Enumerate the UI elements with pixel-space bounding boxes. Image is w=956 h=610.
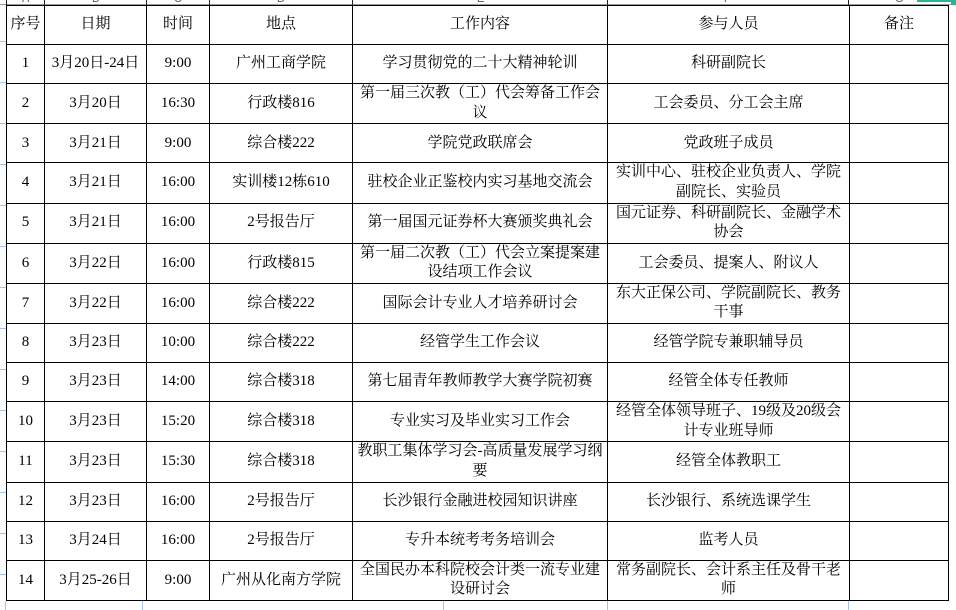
cell-location[interactable]: 2号报告厅 bbox=[210, 203, 353, 243]
spreadsheet-view: A B C D E F G bbox=[0, 0, 956, 610]
cell-participants[interactable]: 工会委员、分工会主席 bbox=[608, 84, 850, 124]
header-no[interactable]: 序号 bbox=[7, 6, 45, 45]
cell-participants[interactable]: 实训中心、驻校企业负责人、学院副院长、实验员 bbox=[608, 163, 850, 203]
cell-time[interactable]: 15:20 bbox=[147, 402, 210, 442]
cell-no[interactable]: 1 bbox=[7, 45, 45, 84]
cell-date[interactable]: 3月23日 bbox=[45, 442, 147, 482]
cell-date[interactable]: 3月23日 bbox=[45, 482, 147, 521]
cell-content[interactable]: 国际会计专业人才培养研讨会 bbox=[353, 283, 608, 323]
cell-no[interactable]: 3 bbox=[7, 124, 45, 163]
cell-no[interactable]: 12 bbox=[7, 482, 45, 521]
cell-time[interactable]: 16:00 bbox=[147, 283, 210, 323]
cell-location[interactable]: 行政楼815 bbox=[210, 243, 353, 283]
cell-content[interactable]: 学院党政联席会 bbox=[353, 124, 608, 163]
cell-content[interactable]: 教职工集体学习会-高质量发展学习纲要 bbox=[353, 442, 608, 482]
header-content[interactable]: 工作内容 bbox=[353, 6, 608, 45]
cell-time[interactable]: 15:30 bbox=[147, 442, 210, 482]
cell-date[interactable]: 3月20日-24日 bbox=[45, 45, 147, 84]
cell-location[interactable]: 行政楼816 bbox=[210, 84, 353, 124]
cell-participants[interactable]: 经管全体领导班子、19级及20级会计专业班导师 bbox=[608, 402, 850, 442]
header-note[interactable]: 备注 bbox=[850, 6, 949, 45]
table-row: 7 3月22日 16:00 综合楼222 国际会计专业人才培养研讨会 东大正保公… bbox=[7, 283, 949, 323]
cell-time[interactable]: 16:00 bbox=[147, 482, 210, 521]
cell-no[interactable]: 13 bbox=[7, 521, 45, 560]
cell-content[interactable]: 第一届三次教（工）代会筹备工作会议 bbox=[353, 84, 608, 124]
header-participants[interactable]: 参与人员 bbox=[608, 6, 850, 45]
cell-participants[interactable]: 长沙银行、系统选课学生 bbox=[608, 482, 850, 521]
cell-time[interactable]: 9:00 bbox=[147, 124, 210, 163]
cell-note[interactable] bbox=[850, 402, 949, 442]
cell-content[interactable]: 专业实习及毕业实习工作会 bbox=[353, 402, 608, 442]
header-date[interactable]: 日期 bbox=[45, 6, 147, 45]
cell-no[interactable]: 2 bbox=[7, 84, 45, 124]
cell-time[interactable]: 10:00 bbox=[147, 323, 210, 362]
cell-note[interactable] bbox=[850, 482, 949, 521]
cell-time[interactable]: 14:00 bbox=[147, 363, 210, 402]
table-row: 9 3月23日 14:00 综合楼318 第七届青年教师教学大赛学院初赛 经管全… bbox=[7, 363, 949, 402]
cell-participants[interactable]: 工会委员、提案人、附议人 bbox=[608, 243, 850, 283]
cell-note[interactable] bbox=[850, 560, 949, 600]
cell-note[interactable] bbox=[850, 45, 949, 84]
cell-no[interactable]: 14 bbox=[7, 560, 45, 600]
cell-time[interactable]: 16:00 bbox=[147, 163, 210, 203]
cell-location[interactable]: 综合楼318 bbox=[210, 363, 353, 402]
cell-participants[interactable]: 党政班子成员 bbox=[608, 124, 850, 163]
cell-location[interactable]: 2号报告厅 bbox=[210, 482, 353, 521]
table-row: 4 3月21日 16:00 实训楼12栋610 驻校企业正鉴校内实习基地交流会 … bbox=[7, 163, 949, 203]
cell-date[interactable]: 3月20日 bbox=[45, 84, 147, 124]
cell-location[interactable]: 广州工商学院 bbox=[210, 45, 353, 84]
cell-participants[interactable]: 监考人员 bbox=[608, 521, 850, 560]
cell-date[interactable]: 3月23日 bbox=[45, 323, 147, 362]
cell-content[interactable]: 驻校企业正鉴校内实习基地交流会 bbox=[353, 163, 608, 203]
cell-note[interactable] bbox=[850, 363, 949, 402]
cell-content[interactable]: 学习贯彻党的二十大精神轮训 bbox=[353, 45, 608, 84]
cell-note[interactable] bbox=[850, 323, 949, 362]
cell-location[interactable]: 综合楼222 bbox=[210, 124, 353, 163]
cell-note[interactable] bbox=[850, 84, 949, 124]
cell-participants[interactable]: 经管全体教职工 bbox=[608, 442, 850, 482]
cell-content[interactable]: 第一届国元证券杯大赛颁奖典礼会 bbox=[353, 203, 608, 243]
cell-no[interactable]: 11 bbox=[7, 442, 45, 482]
cell-no[interactable]: 9 bbox=[7, 363, 45, 402]
cell-note[interactable] bbox=[850, 283, 949, 323]
cell-date[interactable]: 3月24日 bbox=[45, 521, 147, 560]
table-row: 14 3月25-26日 9:00 广州从化南方学院 全国民办本科院校会计类一流专… bbox=[7, 560, 949, 600]
cell-no[interactable]: 5 bbox=[7, 203, 45, 243]
cell-location[interactable]: 实训楼12栋610 bbox=[210, 163, 353, 203]
cell-no[interactable]: 7 bbox=[7, 283, 45, 323]
table-row: 1 3月20日-24日 9:00 广州工商学院 学习贯彻党的二十大精神轮训 科研… bbox=[7, 45, 949, 84]
table-row: 10 3月23日 15:20 综合楼318 专业实习及毕业实习工作会 经管全体领… bbox=[7, 402, 949, 442]
cell-date[interactable]: 3月23日 bbox=[45, 363, 147, 402]
cell-note[interactable] bbox=[850, 163, 949, 203]
cell-date[interactable]: 3月21日 bbox=[45, 163, 147, 203]
cell-content[interactable]: 专升本统考考务培训会 bbox=[353, 521, 608, 560]
cell-content[interactable]: 经管学生工作会议 bbox=[353, 323, 608, 362]
cell-date[interactable]: 3月25-26日 bbox=[45, 560, 147, 600]
cell-participants[interactable]: 经管学院专兼职辅导员 bbox=[608, 323, 850, 362]
table-row: 13 3月24日 16:00 2号报告厅 专升本统考考务培训会 监考人员 bbox=[7, 521, 949, 560]
cell-no[interactable]: 10 bbox=[7, 402, 45, 442]
table-row: 5 3月21日 16:00 2号报告厅 第一届国元证券杯大赛颁奖典礼会 国元证券… bbox=[7, 203, 949, 243]
cell-content[interactable]: 长沙银行金融进校园知识讲座 bbox=[353, 482, 608, 521]
cell-location[interactable]: 综合楼222 bbox=[210, 283, 353, 323]
cell-no[interactable]: 6 bbox=[7, 243, 45, 283]
cell-participants[interactable]: 经管全体专任教师 bbox=[608, 363, 850, 402]
cell-no[interactable]: 8 bbox=[7, 323, 45, 362]
table-row: 6 3月22日 16:00 行政楼815 第一届二次教（工）代会立案提案建设结项… bbox=[7, 243, 949, 283]
header-time[interactable]: 时间 bbox=[147, 6, 210, 45]
table-row: 11 3月23日 15:30 综合楼318 教职工集体学习会-高质量发展学习纲要… bbox=[7, 442, 949, 482]
cell-date[interactable]: 3月21日 bbox=[45, 203, 147, 243]
cell-time[interactable]: 16:30 bbox=[147, 84, 210, 124]
cell-date[interactable]: 3月21日 bbox=[45, 124, 147, 163]
schedule-table: 序号 日期 时间 地点 工作内容 参与人员 备注 1 3月20日-24日 9:0… bbox=[6, 5, 949, 601]
cell-location[interactable]: 综合楼318 bbox=[210, 402, 353, 442]
cell-note[interactable] bbox=[850, 243, 949, 283]
cell-content[interactable]: 第七届青年教师教学大赛学院初赛 bbox=[353, 363, 608, 402]
header-location[interactable]: 地点 bbox=[210, 6, 353, 45]
cell-time[interactable]: 9:00 bbox=[147, 560, 210, 600]
cell-participants[interactable]: 常务副院长、会计系主任及骨干老师 bbox=[608, 560, 850, 600]
cell-participants[interactable]: 科研副院长 bbox=[608, 45, 850, 84]
header-row: 序号 日期 时间 地点 工作内容 参与人员 备注 bbox=[7, 6, 949, 45]
cell-no[interactable]: 4 bbox=[7, 163, 45, 203]
cell-location[interactable]: 2号报告厅 bbox=[210, 521, 353, 560]
cell-time[interactable]: 16:00 bbox=[147, 521, 210, 560]
table-row: 8 3月23日 10:00 综合楼222 经管学生工作会议 经管学院专兼职辅导员 bbox=[7, 323, 949, 362]
schedule-table-body: 1 3月20日-24日 9:00 广州工商学院 学习贯彻党的二十大精神轮训 科研… bbox=[7, 45, 949, 601]
cell-content[interactable]: 第一届二次教（工）代会立案提案建设结项工作会议 bbox=[353, 243, 608, 283]
selection-accent-corner bbox=[951, 0, 956, 5]
table-row: 3 3月21日 9:00 综合楼222 学院党政联席会 党政班子成员 bbox=[7, 124, 949, 163]
table-row: 12 3月23日 16:00 2号报告厅 长沙银行金融进校园知识讲座 长沙银行、… bbox=[7, 482, 949, 521]
cell-note[interactable] bbox=[850, 124, 949, 163]
cell-date[interactable]: 3月22日 bbox=[45, 243, 147, 283]
cell-location[interactable]: 综合楼318 bbox=[210, 442, 353, 482]
cell-date[interactable]: 3月22日 bbox=[45, 283, 147, 323]
cell-location[interactable]: 广州从化南方学院 bbox=[210, 560, 353, 600]
cell-note[interactable] bbox=[850, 203, 949, 243]
cell-participants[interactable]: 东大正保公司、学院副院长、教务干事 bbox=[608, 283, 850, 323]
cell-note[interactable] bbox=[850, 442, 949, 482]
cell-date[interactable]: 3月23日 bbox=[45, 402, 147, 442]
cell-time[interactable]: 9:00 bbox=[147, 45, 210, 84]
schedule-table-header: 序号 日期 时间 地点 工作内容 参与人员 备注 bbox=[7, 6, 949, 45]
cell-time[interactable]: 16:00 bbox=[147, 203, 210, 243]
cell-location[interactable]: 综合楼222 bbox=[210, 323, 353, 362]
cell-content[interactable]: 全国民办本科院校会计类一流专业建设研讨会 bbox=[353, 560, 608, 600]
cell-participants[interactable]: 国元证券、科研副院长、金融学术协会 bbox=[608, 203, 850, 243]
table-row: 2 3月20日 16:30 行政楼816 第一届三次教（工）代会筹备工作会议 工… bbox=[7, 84, 949, 124]
cell-note[interactable] bbox=[850, 521, 949, 560]
bottom-gridline-strip bbox=[0, 601, 956, 610]
cell-time[interactable]: 16:00 bbox=[147, 243, 210, 283]
